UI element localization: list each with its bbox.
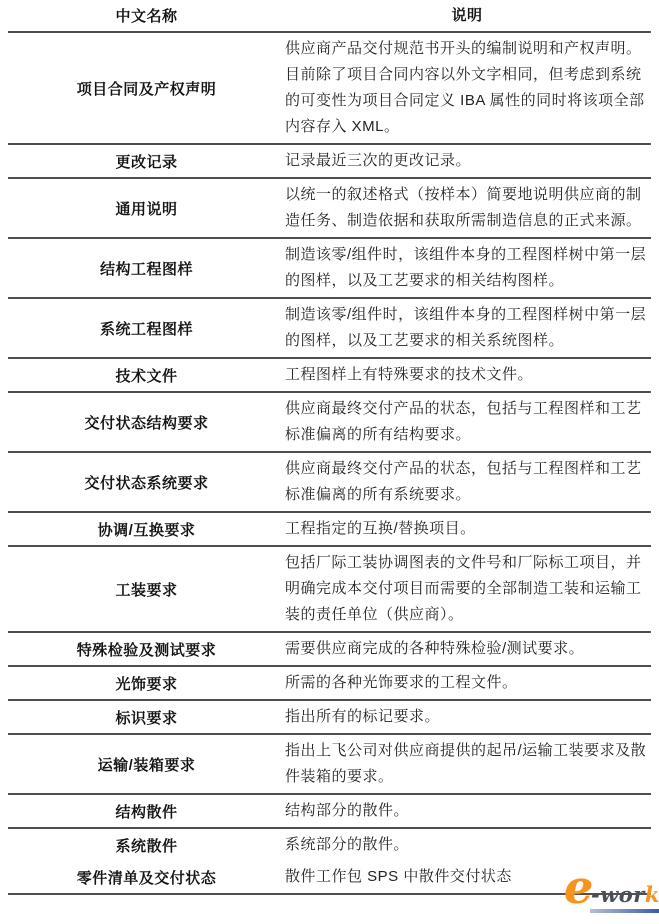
row-name-cell: 项目合同及产权声明 — [8, 33, 285, 143]
row-name-label: 结构散件 — [115, 801, 177, 822]
eworks-text-main: -wor — [591, 882, 645, 907]
row-name-cell: 工装要求 — [8, 547, 285, 631]
row-desc-cell: 记录最近三次的更改记录。 — [285, 145, 651, 177]
row-desc-cell: 工程图样上有特殊要求的技术文件。 — [285, 359, 651, 391]
row-desc-text: 指出上飞公司对供应商提供的起吊/运输工装要求及散件装箱的要求。 — [285, 738, 649, 790]
row-desc-text: 需要供应商完成的各种特殊检验/测试要求。 — [285, 636, 584, 662]
table-row: 交付状态系统要求 供应商最终交付产品的状态，包括与工程图样和工艺标准偏离的所有系… — [8, 453, 651, 513]
row-desc-cell: 需要供应商完成的各种特殊检验/测试要求。 — [285, 633, 651, 665]
row-desc-text: 制造该零/组件时，该组件本身的工程图样树中第一层的图样，以及工艺要求的相关系统图… — [285, 302, 649, 354]
row-desc-text: 以统一的叙述格式（按样本）简要地说明供应商的制造任务、制造依据和获取所需制造信息… — [285, 182, 649, 234]
row-name-label: 零件清单及交付状态 — [77, 867, 217, 888]
row-name-label: 交付状态系统要求 — [84, 472, 208, 493]
table-header-row: 中文名称 说明 — [8, 0, 651, 33]
row-desc-cell: 系统部分的散件。 — [285, 829, 651, 861]
table-row: 运输/装箱要求 指出上飞公司对供应商提供的起吊/运输工装要求及散件装箱的要求。 — [8, 735, 651, 795]
row-desc-cell: 工程指定的互换/替换项目。 — [285, 513, 651, 545]
row-desc-cell: 供应商产品交付规范书开头的编制说明和产权声明。目前除了项目合同内容以外文字相同，… — [285, 33, 651, 143]
row-desc-cell: 指出上飞公司对供应商提供的起吊/运输工装要求及散件装箱的要求。 — [285, 735, 651, 793]
row-name-label: 结构工程图样 — [100, 258, 193, 279]
row-name-cell: 零件清单及交付状态 — [8, 861, 285, 893]
row-name-cell: 系统散件 — [8, 829, 285, 861]
table-row: 系统散件 系统部分的散件。 — [8, 829, 651, 861]
row-name-cell: 光饰要求 — [8, 667, 285, 699]
row-desc-text: 所需的各种光饰要求的工程文件。 — [285, 670, 518, 696]
row-name-cell: 交付状态系统要求 — [8, 453, 285, 511]
column-header-name: 中文名称 — [8, 0, 285, 31]
row-desc-cell: 包括厂际工装协调图表的文件号和厂际标工项目，并明确完成本交付项目而需要的全部制造… — [285, 547, 651, 631]
row-name-cell: 标识要求 — [8, 701, 285, 733]
row-desc-cell: 所需的各种光饰要求的工程文件。 — [285, 667, 651, 699]
row-name-label: 交付状态结构要求 — [84, 412, 208, 433]
row-name-cell: 交付状态结构要求 — [8, 393, 285, 451]
row-name-cell: 技术文件 — [8, 359, 285, 391]
row-name-label: 特殊检验及测试要求 — [77, 639, 217, 660]
table-row: 交付状态结构要求 供应商最终交付产品的状态，包括与工程图样和工艺标准偏离的所有结… — [8, 393, 651, 453]
row-name-cell: 协调/互换要求 — [8, 513, 285, 545]
eworks-text-k: k — [645, 882, 659, 907]
row-name-label: 标识要求 — [115, 707, 177, 728]
table-row: 系统工程图样 制造该零/组件时，该组件本身的工程图样树中第一层的图样，以及工艺要… — [8, 299, 651, 359]
row-name-cell: 运输/装箱要求 — [8, 735, 285, 793]
row-desc-cell: 以统一的叙述格式（按样本）简要地说明供应商的制造任务、制造依据和获取所需制造信息… — [285, 179, 651, 237]
row-desc-text: 包括厂际工装协调图表的文件号和厂际标工项目，并明确完成本交付项目而需要的全部制造… — [285, 550, 649, 628]
row-name-label: 运输/装箱要求 — [98, 754, 196, 775]
table-row: 标识要求 指出所有的标记要求。 — [8, 701, 651, 735]
row-desc-text: 供应商产品交付规范书开头的编制说明和产权声明。目前除了项目合同内容以外文字相同，… — [285, 36, 649, 140]
table-row: 工装要求 包括厂际工装协调图表的文件号和厂际标工项目，并明确完成本交付项目而需要… — [8, 547, 651, 633]
row-desc-text: 指出所有的标记要求。 — [285, 704, 440, 730]
eworks-logo-text: -works — [591, 882, 659, 907]
document-page: 中文名称 说明 项目合同及产权声明 供应商产品交付规范书开头的编制说明和产权声明… — [0, 0, 659, 924]
row-name-cell: 特殊检验及测试要求 — [8, 633, 285, 665]
row-desc-cell: 制造该零/组件时，该组件本身的工程图样树中第一层的图样，以及工艺要求的相关系统图… — [285, 299, 651, 357]
row-name-label: 系统工程图样 — [100, 318, 193, 339]
row-name-label: 更改记录 — [115, 151, 177, 172]
eworks-underline-bar — [590, 909, 659, 913]
row-desc-text: 工程图样上有特殊要求的技术文件。 — [285, 362, 533, 388]
row-name-label: 技术文件 — [115, 365, 177, 386]
eworks-e-icon: e — [564, 864, 593, 910]
row-name-cell: 系统工程图样 — [8, 299, 285, 357]
row-name-label: 协调/互换要求 — [98, 519, 196, 540]
row-name-label: 工装要求 — [115, 579, 177, 600]
row-desc-cell: 结构部分的散件。 — [285, 795, 651, 827]
row-desc-text: 制造该零/组件时，该组件本身的工程图样树中第一层的图样，以及工艺要求的相关结构图… — [285, 242, 649, 294]
row-desc-text: 记录最近三次的更改记录。 — [285, 148, 471, 174]
row-name-cell: 结构散件 — [8, 795, 285, 827]
table-row: 零件清单及交付状态 散件工作包 SPS 中散件交付状态 — [8, 861, 651, 895]
row-name-label: 项目合同及产权声明 — [77, 78, 217, 99]
row-desc-text: 系统部分的散件。 — [285, 832, 409, 858]
column-header-desc: 说明 — [285, 0, 651, 31]
table-row: 技术文件 工程图样上有特殊要求的技术文件。 — [8, 359, 651, 393]
table-row: 通用说明 以统一的叙述格式（按样本）简要地说明供应商的制造任务、制造依据和获取所… — [8, 179, 651, 239]
table-row: 项目合同及产权声明 供应商产品交付规范书开头的编制说明和产权声明。目前除了项目合… — [8, 33, 651, 145]
table-row: 特殊检验及测试要求 需要供应商完成的各种特殊检验/测试要求。 — [8, 633, 651, 667]
row-desc-cell: 供应商最终交付产品的状态，包括与工程图样和工艺标准偏离的所有结构要求。 — [285, 393, 651, 451]
row-name-label: 通用说明 — [115, 198, 177, 219]
table-row: 更改记录 记录最近三次的更改记录。 — [8, 145, 651, 179]
spec-table: 中文名称 说明 项目合同及产权声明 供应商产品交付规范书开头的编制说明和产权声明… — [8, 0, 651, 895]
row-desc-text: 供应商最终交付产品的状态，包括与工程图样和工艺标准偏离的所有系统要求。 — [285, 456, 649, 508]
row-desc-text: 结构部分的散件。 — [285, 798, 409, 824]
row-desc-text: 供应商最终交付产品的状态，包括与工程图样和工艺标准偏离的所有结构要求。 — [285, 396, 649, 448]
table-row: 协调/互换要求 工程指定的互换/替换项目。 — [8, 513, 651, 547]
row-name-label: 系统散件 — [115, 835, 177, 856]
row-name-cell: 通用说明 — [8, 179, 285, 237]
row-name-label: 光饰要求 — [115, 673, 177, 694]
row-desc-text: 散件工作包 SPS 中散件交付状态 — [285, 864, 512, 890]
table-row: 光饰要求 所需的各种光饰要求的工程文件。 — [8, 667, 651, 701]
row-name-cell: 更改记录 — [8, 145, 285, 177]
row-desc-cell: 指出所有的标记要求。 — [285, 701, 651, 733]
row-desc-cell: 制造该零/组件时，该组件本身的工程图样树中第一层的图样，以及工艺要求的相关结构图… — [285, 239, 651, 297]
row-desc-text: 工程指定的互换/替换项目。 — [285, 516, 476, 542]
table-row: 结构散件 结构部分的散件。 — [8, 795, 651, 829]
table-row: 结构工程图样 制造该零/组件时，该组件本身的工程图样树中第一层的图样，以及工艺要… — [8, 239, 651, 299]
eworks-logo: e -works — [564, 870, 659, 920]
row-desc-cell: 供应商最终交付产品的状态，包括与工程图样和工艺标准偏离的所有系统要求。 — [285, 453, 651, 511]
row-name-cell: 结构工程图样 — [8, 239, 285, 297]
